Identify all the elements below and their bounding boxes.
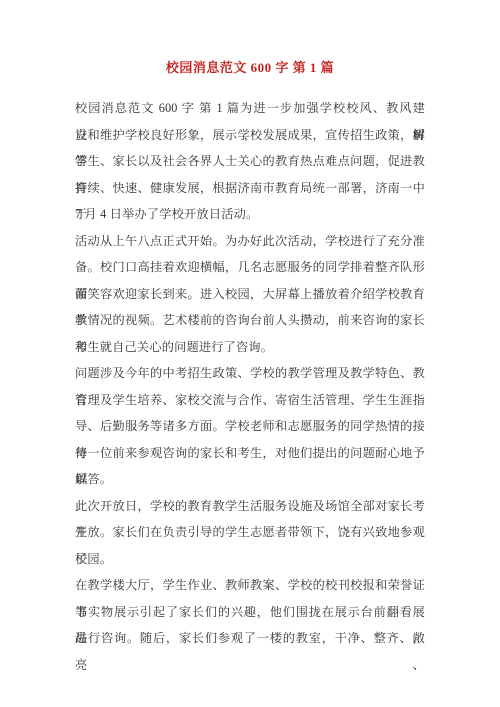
text-line: 问题涉及今年的中考招生政策、学校的教学管理及教学特色、教育 [75,360,425,387]
text-line: 7 月 4 日举办了学校开放日活动。 [75,201,425,228]
text-line: 开放。家长们在负责引导的学生志愿者带领下，饶有兴致地参观了 [75,519,425,546]
paragraph: 校园消息范文 600 字 第 1 篇为进一步加强学校校风、教风建设，树立和维护学… [75,95,425,228]
text-line: 此次开放日，学校的教育教学生活服务设施及场馆全部对家长考生 [75,493,425,520]
text-line: 立和维护学校良好形象，展示学校发展成果，宣传招生政策，解答 [75,122,425,149]
text-line: 导、后勤服务等诸多方面。学校老师和志愿服务的同学热情的接待 [75,413,425,440]
paragraph: 问题涉及今年的中考招生政策、学校的教学管理及教学特色、教育管理及学生培养、家校交… [75,360,425,493]
text-line: 持续、快速、健康发展，根据济南市教育局统一部署，济南一中于 [75,175,425,202]
document-body: 校园消息范文 600 字 第 1 篇为进一步加强学校校风、教风建设，树立和维护学… [75,95,425,652]
text-line: 学生、家长以及社会各界人士关心的教育热点难点问题，促进教育 [75,148,425,175]
paragraph: 此次开放日，学校的教育教学生活服务设施及场馆全部对家长考生开放。家长们在负责引导… [75,493,425,573]
text-line: 进行咨询。随后，家长们参观了一楼的教室，干净、整齐、敞亮、 [75,625,425,652]
text-line: 考生就自己关心的问题进行了咨询。 [75,334,425,361]
document-title: 校园消息范文 600 字 第 1 篇 [75,58,425,78]
text-line: 每一位前来参观咨询的家长和考生，对他们提出的问题耐心地予以 [75,440,425,467]
text-line: 备。校门口高挂着欢迎横幅，几名志愿服务的同学排着整齐队形面 [75,254,425,281]
text-line: 解答。 [75,466,425,493]
text-line: 管理及学生培养、家校交流与合作、寄宿生活管理、学生生涯指 [75,387,425,414]
paragraph: 在教学楼大厅，学生作业、教师教案、学校的校刊校报和荣誉证书等实物展示引起了家长们… [75,572,425,652]
text-line: 带笑容欢迎家长到来。进入校园，大屏幕上播放着介绍学校教育教 [75,281,425,308]
text-line: 校园消息范文 600 字 第 1 篇为进一步加强学校校风、教风建设，树 [75,95,425,122]
text-line: 学情况的视频。艺术楼前的咨询台前人头攒动，前来咨询的家长和 [75,307,425,334]
text-line: 在教学楼大厅，学生作业、教师教案、学校的校刊校报和荣誉证书 [75,572,425,599]
text-line: 活动从上午八点正式开始。为办好此次活动，学校进行了充分准 [75,228,425,255]
paragraph: 活动从上午八点正式开始。为办好此次活动，学校进行了充分准备。校门口高挂着欢迎横幅… [75,228,425,361]
text-line: 等实物展示引起了家长们的兴趣，他们围拢在展示台前翻看展品， [75,599,425,626]
document-page: 校园消息范文 600 字 第 1 篇 校园消息范文 600 字 第 1 篇为进一… [0,0,500,707]
text-line: 校园。 [75,546,425,573]
